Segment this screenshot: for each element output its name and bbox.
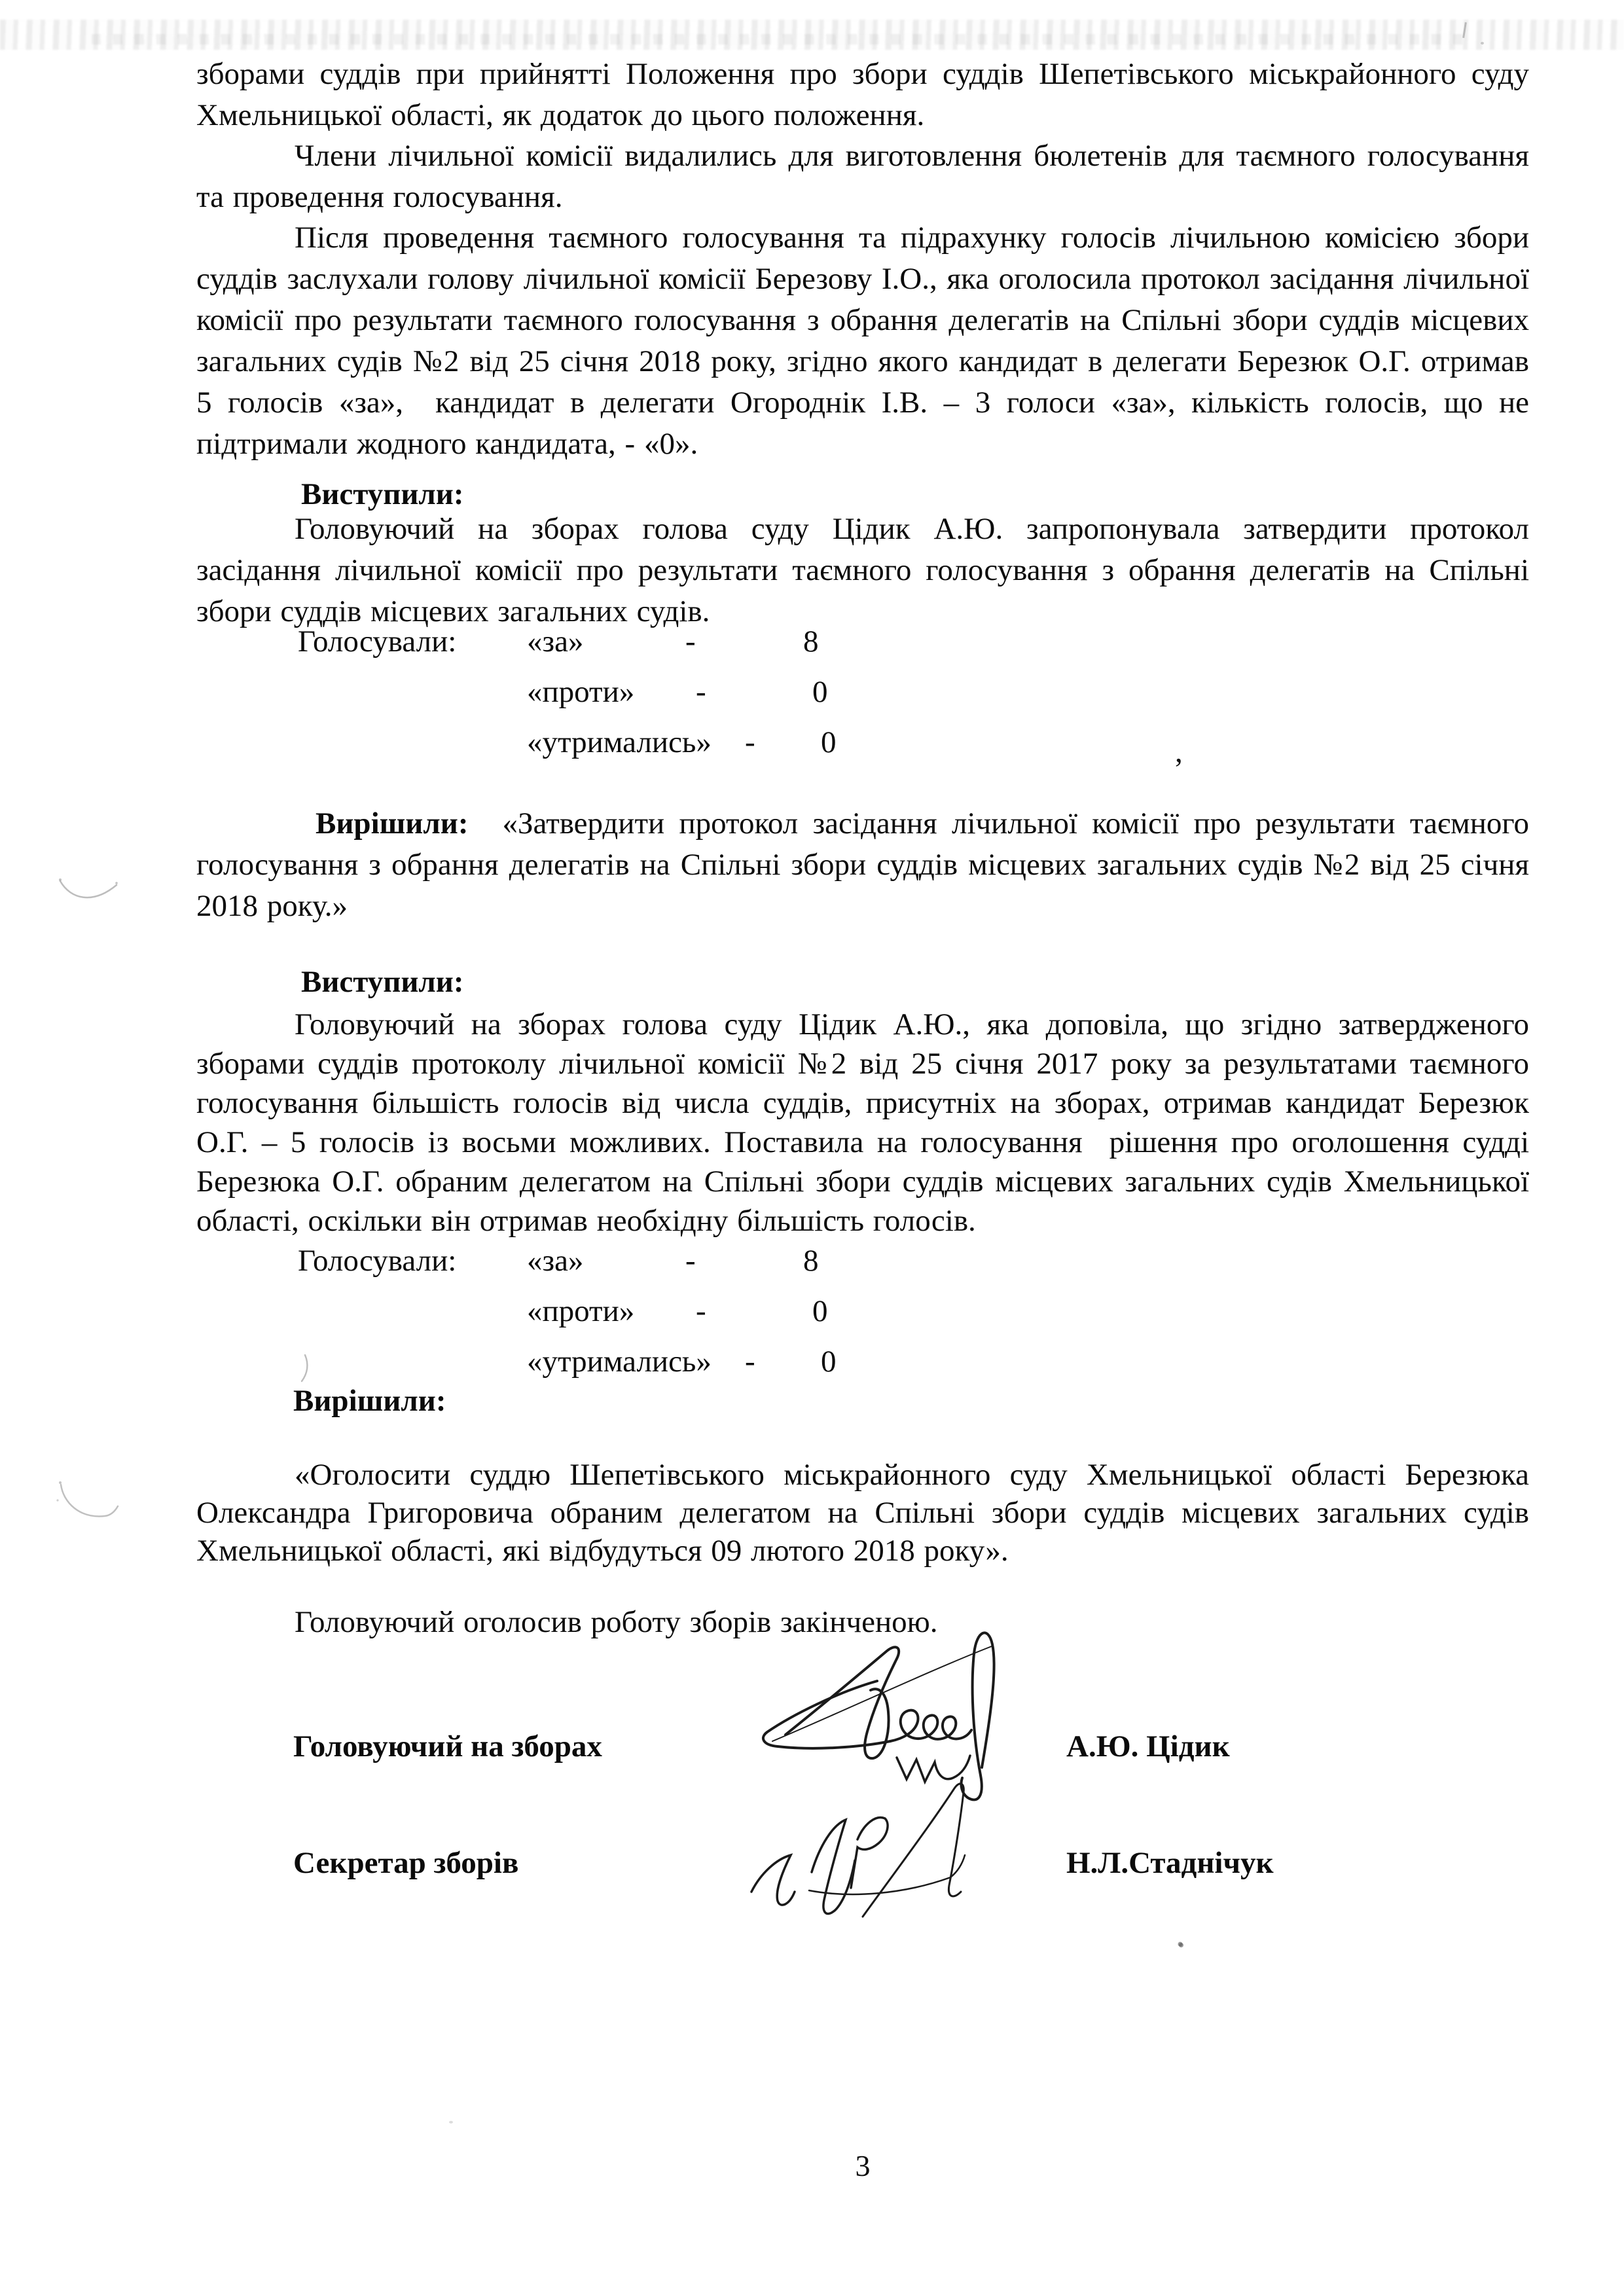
signature-role: Секретар зборів	[293, 1843, 518, 1884]
heading-spoke-2: Виступили:	[301, 962, 464, 1003]
paragraph-voting-results: Після проведення таємного голосування та…	[196, 217, 1529, 465]
vote-choice: «проти»	[527, 1291, 634, 1332]
paragraph-spoke-2: Головуючий на зборах голова суду Цідик А…	[196, 1005, 1529, 1240]
vote-count: 0	[821, 1341, 837, 1382]
vote-choice: «проти»	[527, 672, 634, 713]
stray-comma-mark: ,	[1175, 732, 1183, 773]
scanned-document-page: зборами суддів при прийнятті Положення п…	[0, 0, 1624, 2295]
vote-dash: -	[685, 621, 696, 662]
margin-pencil-mark	[56, 872, 122, 911]
signature-secretary-scribble	[751, 1784, 965, 1917]
vote-row: «проти» - 0	[0, 672, 1624, 713]
vote-choice: «утримались»	[527, 722, 712, 763]
vote-label: Голосували:	[298, 621, 456, 662]
paragraph-decision-2: «Оголосити суддю Шепетівського міськрайо…	[196, 1456, 1529, 1570]
scan-noise-band-secondary	[92, 34, 1466, 45]
vote-row: Голосували: «за» - 8	[0, 1240, 1624, 1282]
vote-count: 0	[812, 1291, 828, 1332]
paragraph-commission-members: Члени лічильної комісії видалились для в…	[196, 136, 1529, 218]
scan-speck	[449, 2121, 453, 2123]
vote-dash: -	[685, 1240, 696, 1282]
page-number: 3	[196, 2145, 1529, 2186]
signature-chair-scribble	[763, 1633, 994, 1799]
vote-row: «утримались» - 0	[0, 1341, 1624, 1382]
vote-row: «утримались» - 0	[0, 722, 1624, 763]
vote-choice: «за»	[527, 621, 583, 662]
paragraph-spoke-1: Головуючий на зборах голова суду Цідик А…	[196, 509, 1529, 632]
vote-count: 8	[803, 621, 819, 662]
vote-dash: -	[696, 672, 706, 713]
vote-count: 8	[803, 1240, 819, 1282]
signature-role: Головуючий на зборах	[293, 1726, 602, 1767]
vote-dash: -	[745, 722, 755, 763]
vote-choice: «утримались»	[527, 1341, 712, 1382]
paragraph-decided-1: Вирішили:«Затвердити протокол засідання …	[196, 803, 1529, 927]
vote-dash: -	[745, 1341, 755, 1382]
scan-speck	[1481, 42, 1484, 45]
decided-label: Вирішили:	[316, 806, 469, 840]
vote-count: 0	[821, 722, 837, 763]
handwritten-signatures	[655, 1610, 1204, 1951]
vote-count: 0	[812, 672, 828, 713]
margin-pencil-mark	[52, 1478, 124, 1530]
vote-block-1: Голосували: «за» - 8 «проти» - 0 «утрима…	[0, 621, 1624, 772]
vote-row: Голосували: «за» - 8	[0, 621, 1624, 662]
vote-row: «проти» - 0	[0, 1291, 1624, 1332]
vote-choice: «за»	[527, 1240, 583, 1282]
vote-block-2: Голосували: «за» - 8 «проти» - 0 «утрима…	[0, 1240, 1624, 1392]
heading-decided-2: Вирішили:	[293, 1381, 446, 1422]
paragraph-continuation: зборами суддів при прийнятті Положення п…	[196, 54, 1529, 136]
ink-dot	[1178, 1942, 1183, 1947]
vote-dash: -	[696, 1291, 706, 1332]
vote-label: Голосували:	[298, 1240, 456, 1282]
